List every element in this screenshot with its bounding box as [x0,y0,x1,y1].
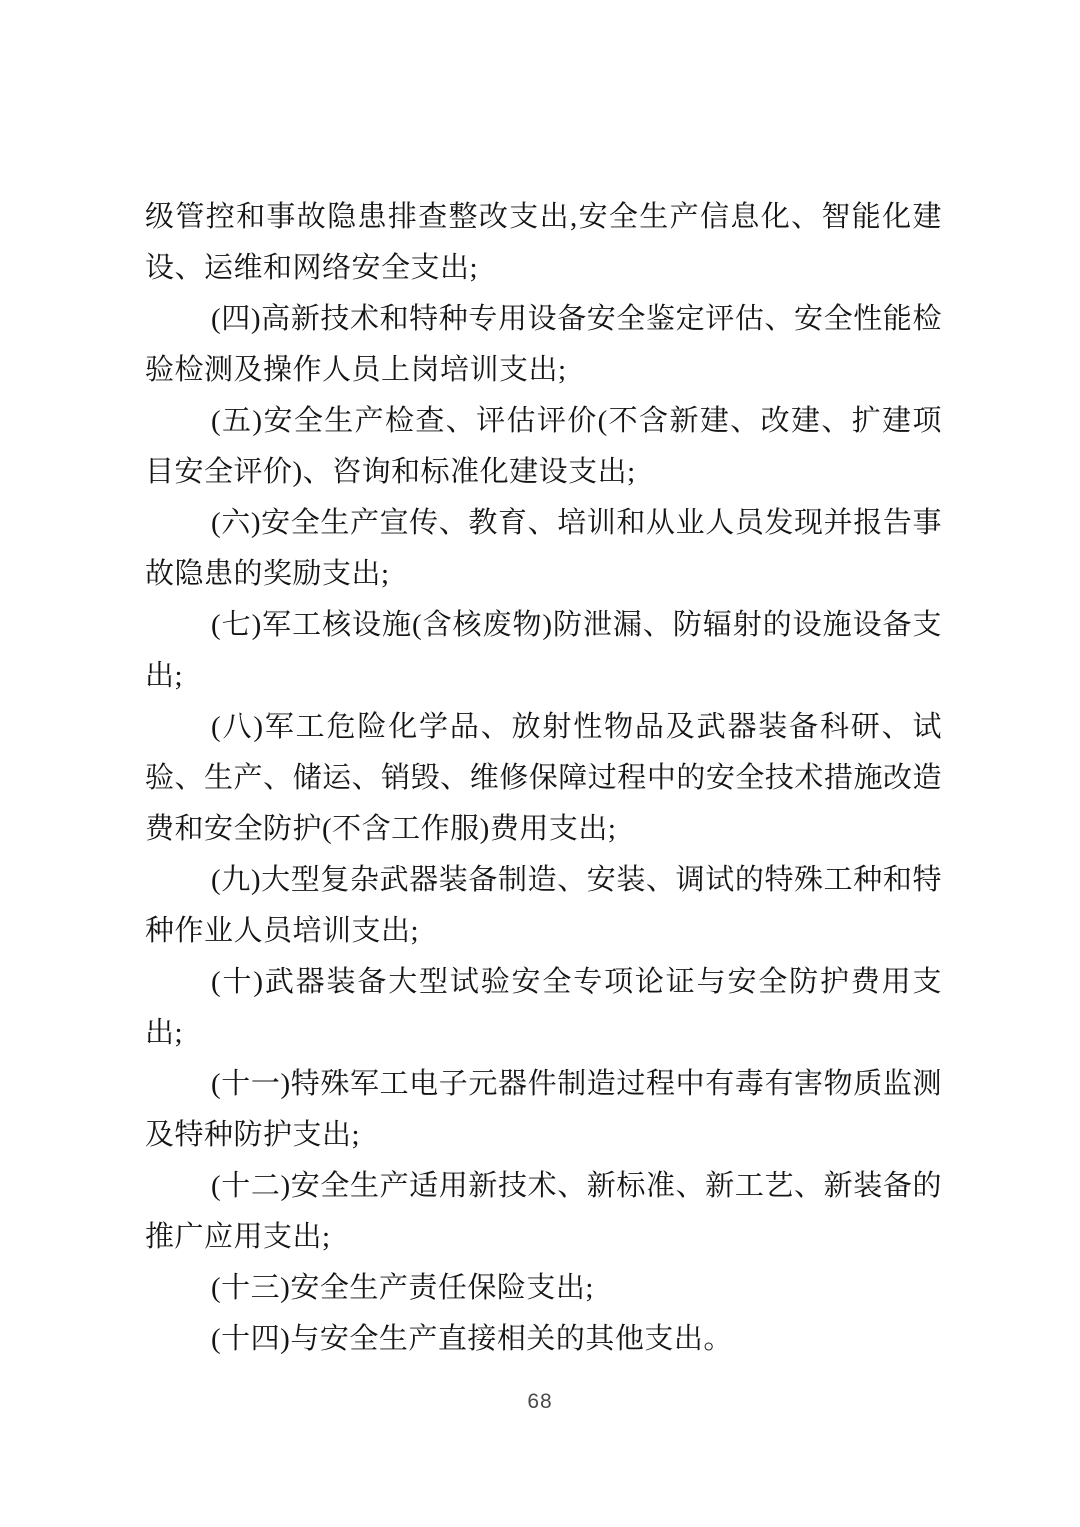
paragraph-item-11: (十一)特殊军工电子元器件制造过程中有毒有害物质监测及特种防护支出; [145,1059,942,1161]
paragraph-continuation: 级管控和事故隐患排查整改支出,安全生产信息化、智能化建设、运维和网络安全支出; [145,192,942,294]
paragraph-item-12: (十二)安全生产适用新技术、新标准、新工艺、新装备的推广应用支出; [145,1161,942,1263]
paragraph-item-10: (十)武器装备大型试验安全专项论证与安全防护费用支出; [145,957,942,1059]
paragraph-item-5: (五)安全生产检查、评估评价(不含新建、改建、扩建项目安全评价)、咨询和标准化建… [145,396,942,498]
paragraph-item-13: (十三)安全生产责任保险支出; [145,1263,942,1314]
paragraph-item-7: (七)军工核设施(含核废物)防泄漏、防辐射的设施设备支出; [145,600,942,702]
paragraph-item-9: (九)大型复杂武器装备制造、安装、调试的特殊工种和特种作业人员培训支出; [145,855,942,957]
paragraph-item-8: (八)军工危险化学品、放射性物品及武器装备科研、试验、生产、储运、销毁、维修保障… [145,702,942,855]
page-number: 68 [0,1390,1080,1414]
document-body: 级管控和事故隐患排查整改支出,安全生产信息化、智能化建设、运维和网络安全支出; … [145,192,942,1365]
document-page: 级管控和事故隐患排查整改支出,安全生产信息化、智能化建设、运维和网络安全支出; … [0,0,1080,1527]
paragraph-item-6: (六)安全生产宣传、教育、培训和从业人员发现并报告事故隐患的奖励支出; [145,498,942,600]
paragraph-item-14: (十四)与安全生产直接相关的其他支出。 [145,1314,942,1365]
paragraph-item-4: (四)高新技术和特种专用设备安全鉴定评估、安全性能检验检测及操作人员上岗培训支出… [145,294,942,396]
